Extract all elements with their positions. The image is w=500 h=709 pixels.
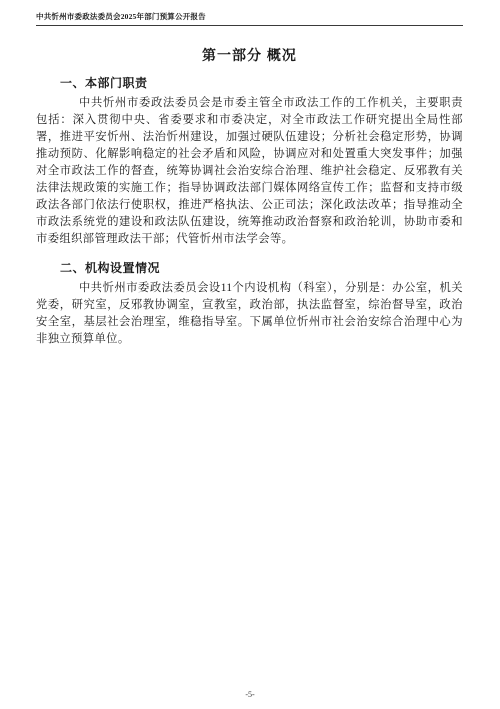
section-heading-duties: 一、本部门职责 — [36, 77, 463, 90]
organization-paragraph: 中共忻州市委政法委员会设11个内设机构（科室），分别是：办公室，机关党委，研究室… — [36, 280, 463, 348]
document-body: 第一部分 概况 一、本部门职责 中共忻州市委政法委员会是市委主管全市政法工作的工… — [36, 40, 463, 348]
document-page: 中共忻州市委政法委员会2025年部门预算公开报告 第一部分 概况 一、本部门职责… — [0, 0, 500, 709]
page-footer: -5- — [0, 690, 500, 699]
header-rule — [36, 25, 463, 26]
page-header: 中共忻州市委政法委员会2025年部门预算公开报告 — [36, 11, 463, 26]
section-heading-organization: 二、机构设置情况 — [36, 262, 463, 275]
part-title: 第一部分 概况 — [36, 48, 463, 63]
page-number: -5- — [245, 690, 254, 699]
running-header-text: 中共忻州市委政法委员会2025年部门预算公开报告 — [36, 11, 463, 23]
duties-paragraph: 中共忻州市委政法委员会是市委主管全市政法工作的工作机关，主要职责包括：深入贯彻中… — [36, 95, 463, 248]
